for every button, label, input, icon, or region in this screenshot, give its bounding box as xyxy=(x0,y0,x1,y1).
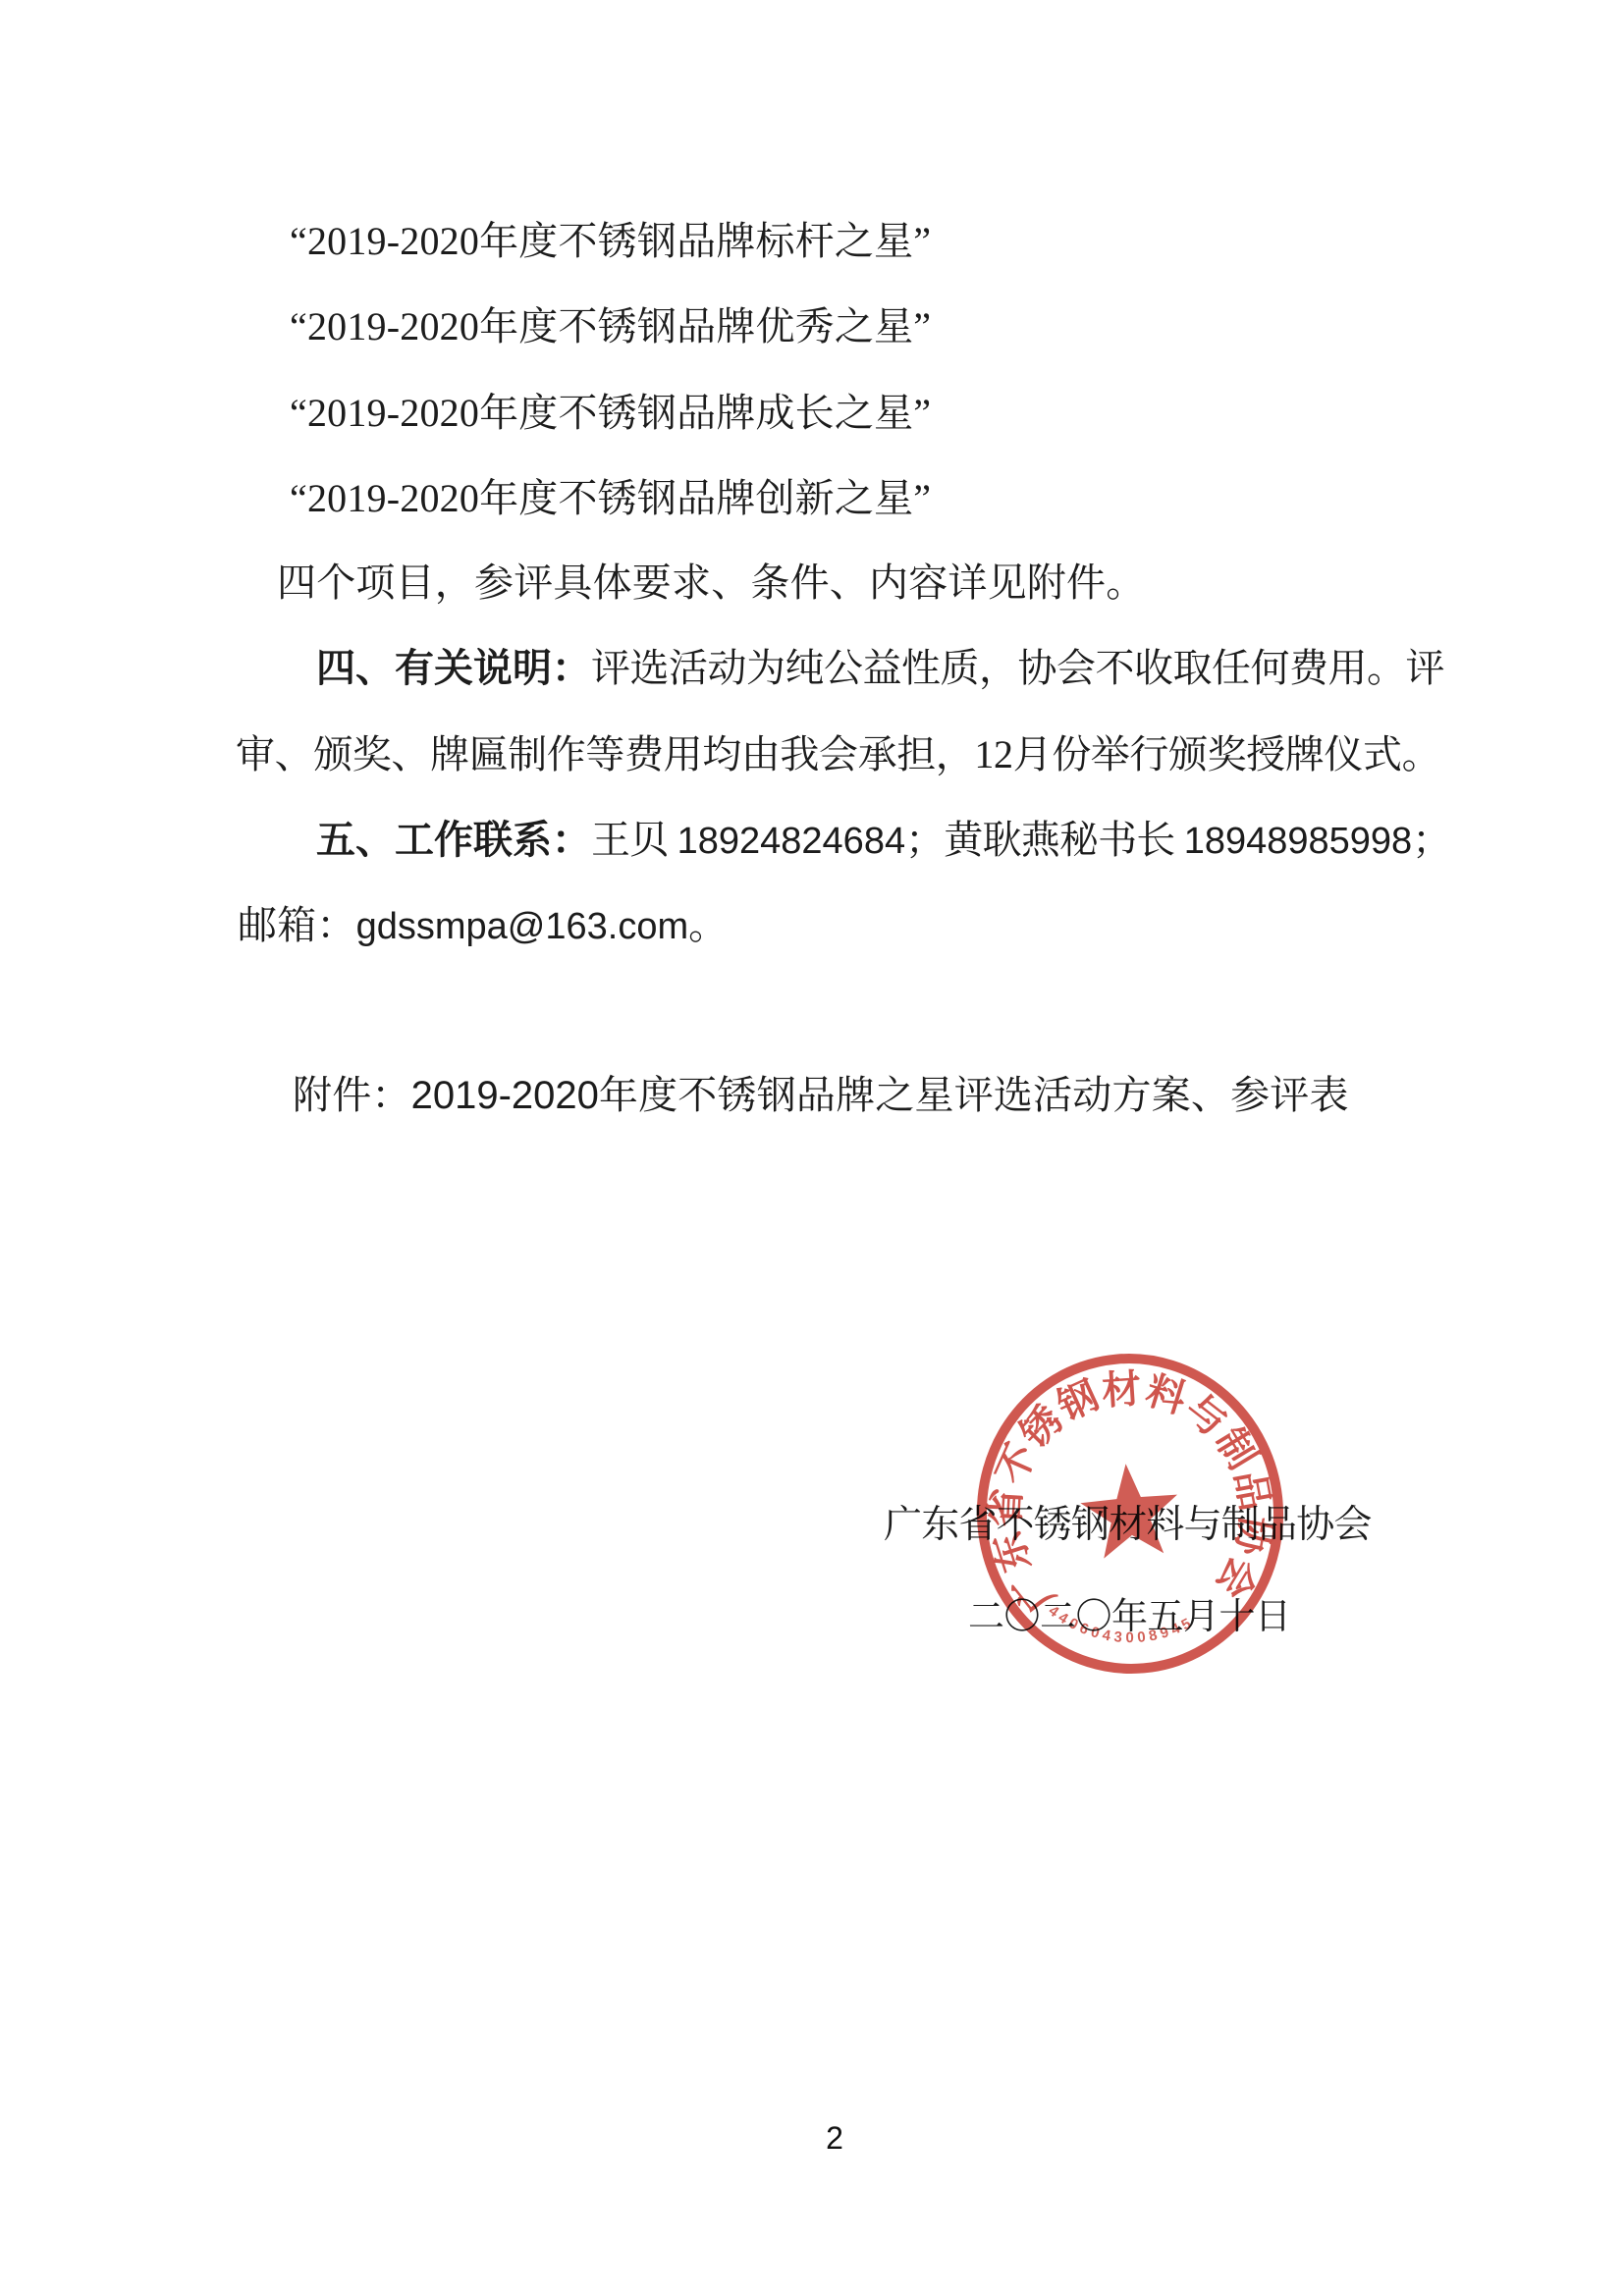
attachment-number: 2019-2020 xyxy=(411,1074,599,1117)
svg-text:4406043008945: 4406043008945 xyxy=(1045,1590,1199,1654)
official-seal: 广东省不锈钢材料与制品协会 4406043008945 xyxy=(943,1325,1326,1708)
contact2-phone: 18948985998 xyxy=(1184,821,1412,862)
seal-group: 广东省不锈钢材料与制品协会 4406043008945 xyxy=(969,1346,1291,1681)
section4-line2: 审、颁奖、牌匾制作等费用均由我会承担，12月份举行颁奖授牌仪式。 xyxy=(236,732,1440,777)
email-label: 邮箱： xyxy=(238,903,356,947)
section4-text: 评选活动为纯公益性质，协会不收取任何费用。评 xyxy=(591,646,1444,690)
section5-label: 五、工作联系： xyxy=(316,819,591,862)
award-line-2: “2019-2020年度不锈钢品牌优秀之星” xyxy=(290,304,931,349)
award-line-4: “2019-2020年度不锈钢品牌创新之星” xyxy=(290,476,931,521)
email-value: gdssmpa@163.com xyxy=(356,906,689,947)
award-line-1: “2019-2020年度不锈钢品牌标杆之星” xyxy=(290,219,931,264)
attachment-label: 附件： xyxy=(293,1073,411,1117)
email-line: 邮箱：gdssmpa@163.com。 xyxy=(238,903,728,949)
contact1-phone: 18924824684 xyxy=(677,821,905,862)
attachment-rest: 年度不锈钢品牌之星评选活动方案、参评表 xyxy=(599,1073,1349,1117)
contact1-name: 王贝 xyxy=(591,818,677,862)
award-line-3: “2019-2020年度不锈钢品牌成长之星” xyxy=(290,391,931,436)
seal-serial-number: 4406043008945 xyxy=(1045,1590,1199,1654)
page-number: 2 xyxy=(0,2120,1624,2157)
seal-star-icon xyxy=(1077,1460,1182,1560)
section5-line: 五、工作联系：王贝 18924824684；黄耿燕秘书长 18948985998… xyxy=(316,818,1450,864)
section4-line1: 四、有关说明：评选活动为纯公益性质，协会不收取任何费用。评 xyxy=(316,646,1444,691)
attachment-line: 附件：2019-2020年度不锈钢品牌之星评选活动方案、参评表 xyxy=(293,1073,1349,1118)
section4-label: 四、有关说明： xyxy=(316,647,591,690)
contact-separator: ；黄耿燕秘书长 xyxy=(905,818,1184,862)
email-period: 。 xyxy=(688,903,728,947)
section5-tail: ； xyxy=(1412,818,1450,862)
projects-line: 四个项目，参评具体要求、条件、内容详见附件。 xyxy=(277,561,1145,606)
document-page: “2019-2020年度不锈钢品牌标杆之星” “2019-2020年度不锈钢品牌… xyxy=(0,0,1624,2296)
